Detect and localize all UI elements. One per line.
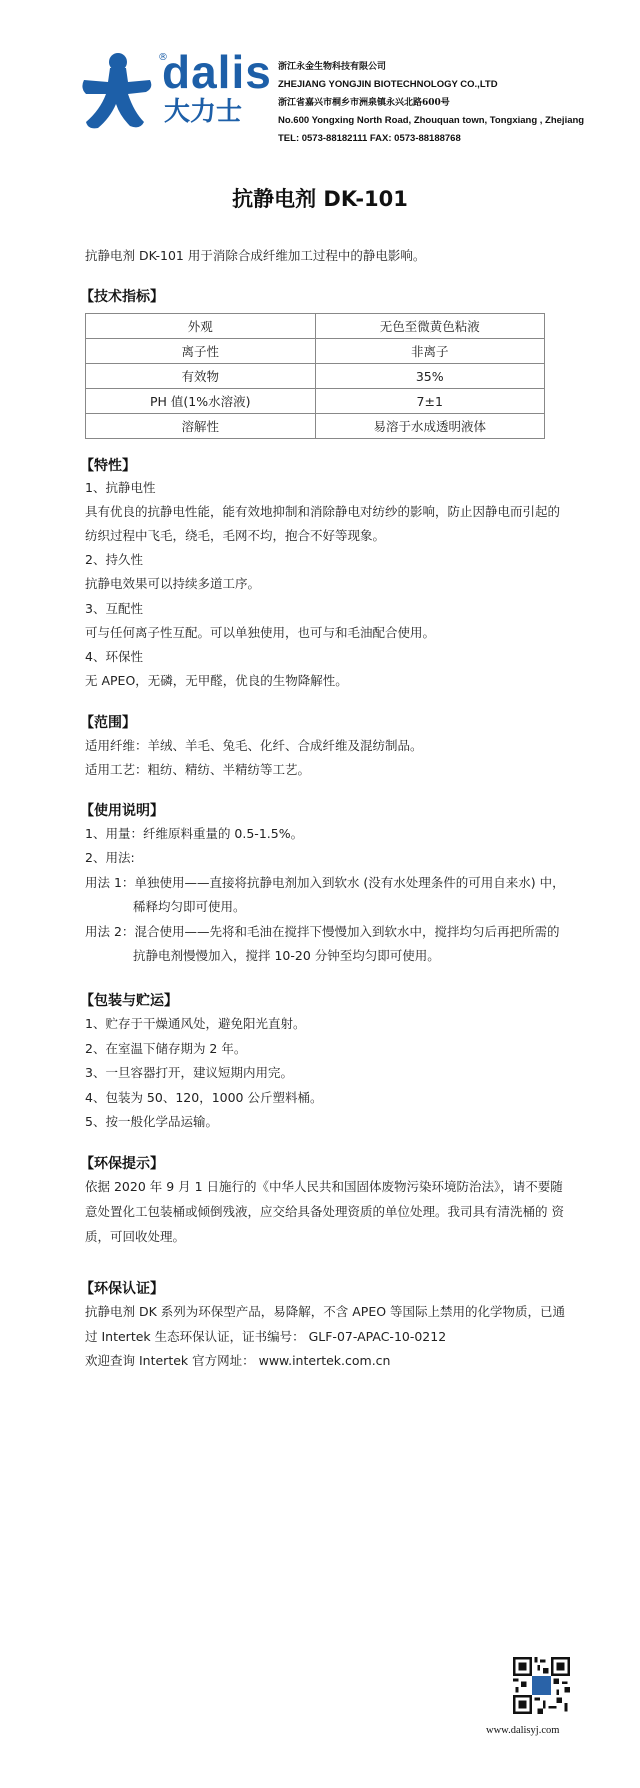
company-info: 浙江永金生物科技有限公司 ZHEJIANG YONGJIN BIOTECHNOL…: [278, 58, 584, 148]
method-text: 单独使用——直接将抗静电剂加入到软水 (没有水处理条件的可用自来水) 中，: [134, 875, 564, 890]
method-text-cont: 抗静电剂慢慢加入，搅拌 10-20 分钟至均匀即可使用。: [133, 944, 440, 968]
letterhead: ® dalis 大力士 浙江永金生物科技有限公司 ZHEJIANG YONGJI…: [0, 0, 640, 150]
section-heading-usage: 【使用说明】: [80, 800, 164, 820]
feature-text: 具有优良的抗静电性能，能有效地抑制和消除静电对纺纱的影响，防止因静电而引起的: [85, 500, 560, 524]
website-url: www.dalisyj.com: [486, 1725, 559, 1736]
packaging-item: 3、一旦容器打开，建议短期内用完。: [85, 1061, 293, 1085]
spec-label: 离子性: [86, 339, 316, 364]
page-title: 抗静电剂 DK-101: [0, 183, 640, 213]
env-notice-text: 质，可回收处理。: [85, 1225, 185, 1249]
spec-value: 35%: [315, 364, 545, 389]
feature-title: 3、互配性: [85, 597, 143, 621]
env-notice-text: 意处置化工包装桶或倾倒残液，应交给具备处理资质的单位处理。我司具有清洗桶的 资: [85, 1200, 564, 1224]
env-notice-text: 依据 2020 年 9 月 1 日施行的《中华人民共和国固体废物污染环境防治法》…: [85, 1175, 563, 1199]
brand-name-en: dalis: [162, 44, 272, 100]
method-label: 用法 2：: [85, 924, 134, 939]
scope-text: 适用纤维：羊绒、羊毛、兔毛、化纤、合成纤维及混纺制品。: [85, 734, 423, 758]
method-text: 混合使用——先将和毛油在搅拌下慢慢加入到软水中，搅拌均匀后再把所需的: [134, 924, 559, 939]
scope-text: 适用工艺：粗纺、精纺、半精纺等工艺。: [85, 758, 310, 782]
usage-method-1: 用法 1：单独使用——直接将抗静电剂加入到软水 (没有水处理条件的可用自来水) …: [85, 871, 565, 895]
company-name-cn: 浙江永金生物科技有限公司: [278, 58, 584, 76]
spec-label: 有效物: [86, 364, 316, 389]
env-cert-text: 过 Intertek 生态环保认证，证书编号： GLF-07-APAC-10-0…: [85, 1325, 446, 1349]
brand-name-cn: 大力士: [164, 96, 242, 128]
table-row: 溶解性易溶于水成透明液体: [86, 414, 545, 439]
feature-text: 无 APEO，无磷，无甲醛，优良的生物降解性。: [85, 669, 348, 693]
intro-text: 抗静电剂 DK-101 用于消除合成纤维加工过程中的静电影响。: [85, 244, 425, 268]
section-heading-packaging: 【包装与贮运】: [80, 990, 178, 1010]
spec-label: 外观: [86, 314, 316, 339]
feature-title: 2、持久性: [85, 548, 143, 572]
contact-info: TEL: 0573-88182111 FAX: 0573-88188768: [278, 130, 584, 148]
usage-text: 1、用量：纤维原料重量的 0.5-1.5%。: [85, 822, 303, 846]
spec-value: 7±1: [315, 389, 545, 414]
feature-title: 1、抗静电性: [85, 476, 155, 500]
table-row: 离子性非离子: [86, 339, 545, 364]
spec-label: PH 值(1%水溶液): [86, 389, 316, 414]
section-heading-env-notice: 【环保提示】: [80, 1153, 164, 1173]
company-logo: ® dalis 大力士: [80, 52, 260, 132]
section-heading-specs: 【技术指标】: [80, 286, 164, 306]
packaging-item: 5、按一般化学品运输。: [85, 1110, 218, 1134]
feature-text: 可与任何离子性互配。可以单独使用，也可与和毛油配合使用。: [85, 621, 435, 645]
spec-label: 溶解性: [86, 414, 316, 439]
table-row: 有效物35%: [86, 364, 545, 389]
table-row: PH 值(1%水溶液)7±1: [86, 389, 545, 414]
method-label: 用法 1：: [85, 875, 134, 890]
section-heading-env-cert: 【环保认证】: [80, 1278, 164, 1298]
packaging-item: 2、在室温下储存期为 2 年。: [85, 1037, 246, 1061]
feature-text: 抗静电效果可以持续多道工序。: [85, 572, 260, 596]
feature-title: 4、环保性: [85, 645, 143, 669]
section-heading-scope: 【范围】: [80, 712, 136, 732]
spec-value: 易溶于水成透明液体: [315, 414, 545, 439]
feature-text: 纺织过程中飞毛，绕毛，毛网不均，抱合不好等现象。: [85, 524, 385, 548]
company-name-en: ZHEJIANG YONGJIN BIOTECHNOLOGY CO.,LTD: [278, 76, 584, 94]
dalis-figure-logo-icon: [80, 52, 152, 130]
spec-table: 外观无色至微黄色粘液 离子性非离子 有效物35% PH 值(1%水溶液)7±1 …: [85, 313, 545, 439]
address-cn: 浙江省嘉兴市桐乡市洲泉镇永兴北路600号: [278, 94, 584, 112]
spec-value: 无色至微黄色粘液: [315, 314, 545, 339]
address-en: No.600 Yongxing North Road, Zhouquan tow…: [278, 112, 584, 130]
env-cert-text: 抗静电剂 DK 系列为环保型产品，易降解，不含 APEO 等国际上禁用的化学物质…: [85, 1300, 565, 1324]
table-row: 外观无色至微黄色粘液: [86, 314, 545, 339]
usage-text: 2、用法:: [85, 846, 135, 870]
method-text-cont: 稀释均匀即可使用。: [133, 895, 246, 919]
usage-method-2: 用法 2：混合使用——先将和毛油在搅拌下慢慢加入到软水中，搅拌均匀后再把所需的: [85, 920, 559, 944]
section-heading-features: 【特性】: [80, 455, 136, 475]
env-cert-text: 欢迎查询 Intertek 官方网址： www.intertek.com.cn: [85, 1349, 390, 1373]
packaging-item: 4、包装为 50、120，1000 公斤塑料桶。: [85, 1086, 322, 1110]
spec-value: 非离子: [315, 339, 545, 364]
qr-code-icon: [513, 1657, 570, 1714]
packaging-item: 1、贮存于干燥通风处，避免阳光直射。: [85, 1012, 305, 1036]
